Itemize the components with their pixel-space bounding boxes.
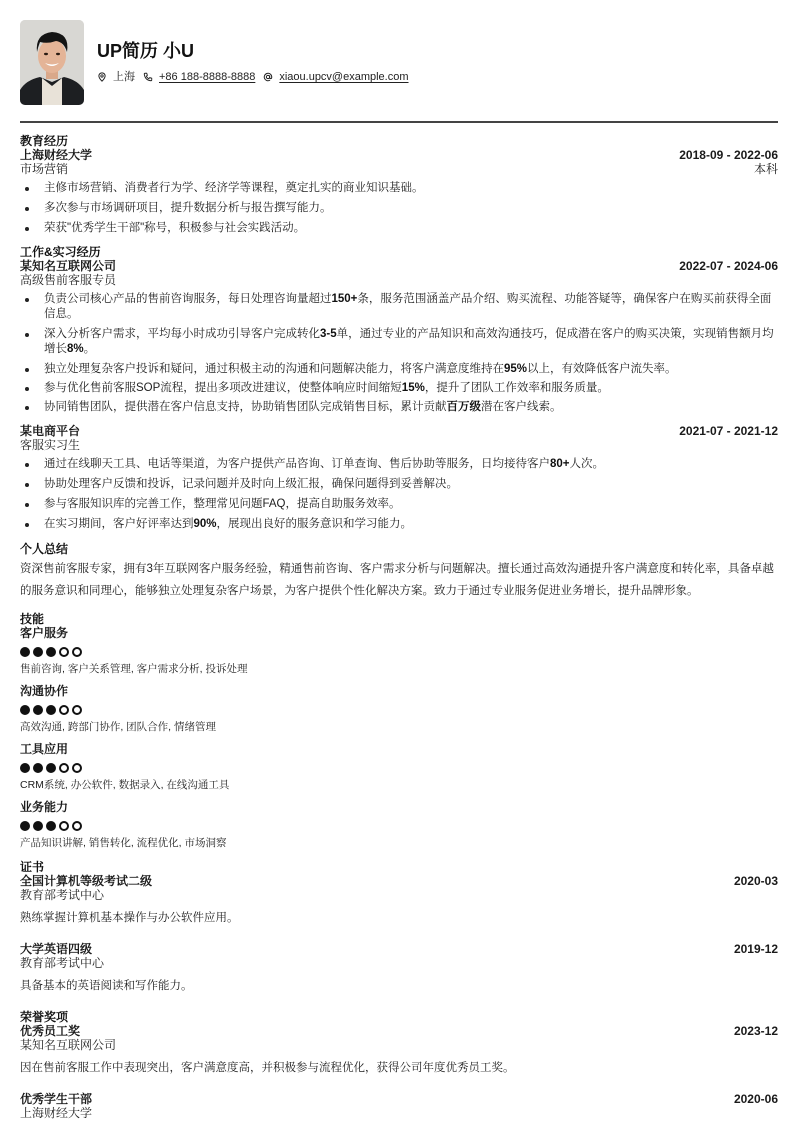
- section-awards: 荣誉奖项 优秀员工奖 2023-12 某知名互联网公司 因在售前客服工作中表现突…: [20, 1010, 778, 1121]
- skill-name: 工具应用: [20, 742, 778, 757]
- list-item: 参与客服知识库的完善工作，整理常见问题FAQ，提高自助服务效率。: [20, 497, 778, 512]
- rating-dot-filled: [46, 647, 56, 657]
- rating-dot-empty: [72, 705, 82, 715]
- contact-location: 上海: [97, 70, 135, 84]
- award-date: 2020-06: [734, 1092, 778, 1106]
- award-name: 优秀员工奖: [20, 1024, 80, 1038]
- job-role: 客服实习生: [20, 438, 778, 453]
- rating-dot-filled: [33, 647, 43, 657]
- header-divider: [20, 121, 778, 123]
- section-title: 荣誉奖项: [20, 1010, 778, 1024]
- school-name: 上海财经大学: [20, 148, 92, 162]
- skill-name: 沟通协作: [20, 684, 778, 699]
- skill-rating: [20, 646, 778, 658]
- skill-keywords: 产品知识讲解, 销售转化, 流程优化, 市场洞察: [20, 836, 778, 850]
- section-title: 教育经历: [20, 134, 778, 148]
- section-title: 个人总结: [20, 542, 778, 556]
- rating-dot-filled: [20, 821, 30, 831]
- list-item: 主修市场营销、消费者行为学、经济学等课程，奠定扎实的商业知识基础。: [20, 181, 778, 196]
- skill-keywords: CRM系统, 办公软件, 数据录入, 在线沟通工具: [20, 778, 778, 792]
- skill-rating: [20, 704, 778, 716]
- section-education: 教育经历 上海财经大学 2018-09 - 2022-06 市场营销 本科 主修…: [20, 134, 778, 236]
- work-item: 某电商平台 2021-07 - 2021-12 客服实习生 通过在线聊天工具、电…: [20, 424, 778, 532]
- map-pin-icon: [97, 72, 107, 82]
- rating-dot-empty: [59, 647, 69, 657]
- certificate-item: 大学英语四级 2019-12 教育部考试中心 具备基本的英语阅读和写作能力。: [20, 942, 778, 994]
- skill-keywords: 高效沟通, 跨部门协作, 团队合作, 情绪管理: [20, 720, 778, 734]
- avatar-illustration: [20, 20, 84, 105]
- work-bullets: 通过在线聊天工具、电话等渠道，为客户提供产品咨询、订单查询、售后协助等服务，日均…: [20, 457, 778, 532]
- work-item: 某知名互联网公司 2022-07 - 2024-06 高级售前客服专员 负责公司…: [20, 259, 778, 415]
- award-item: 优秀学生干部 2020-06 上海财经大学: [20, 1092, 778, 1121]
- degree: 本科: [754, 162, 778, 177]
- section-title: 工作&实习经历: [20, 245, 778, 259]
- company-name: 某电商平台: [20, 424, 80, 438]
- certificate-date: 2020-03: [734, 874, 778, 888]
- candidate-name: UP简历 小U: [97, 38, 417, 64]
- rating-dot-empty: [72, 647, 82, 657]
- certificate-issuer: 教育部考试中心: [20, 888, 778, 903]
- rating-dot-filled: [33, 763, 43, 773]
- skill-rating: [20, 820, 778, 832]
- list-item: 通过在线聊天工具、电话等渠道，为客户提供产品咨询、订单查询、售后协助等服务，日均…: [20, 457, 778, 472]
- list-item: 深入分析客户需求，平均每小时成功引导客户完成转化3-5单，通过专业的产品知识和高…: [20, 327, 778, 357]
- list-item: 多次参与市场调研项目，提升数据分析与报告撰写能力。: [20, 201, 778, 216]
- list-item: 荣获"优秀学生干部"称号，积极参与社会实践活动。: [20, 221, 778, 236]
- rating-dot-empty: [72, 821, 82, 831]
- skill-item: 沟通协作 高效沟通, 跨部门协作, 团队合作, 情绪管理: [20, 684, 778, 734]
- rating-dot-filled: [20, 647, 30, 657]
- rating-dot-filled: [33, 705, 43, 715]
- section-work: 工作&实习经历 某知名互联网公司 2022-07 - 2024-06 高级售前客…: [20, 245, 778, 532]
- rating-dot-empty: [59, 763, 69, 773]
- education-item: 上海财经大学 2018-09 - 2022-06 市场营销 本科 主修市场营销、…: [20, 148, 778, 236]
- phone-link[interactable]: +86 188-8888-8888: [159, 70, 255, 84]
- location-text: 上海: [113, 70, 135, 84]
- certificate-desc: 熟练掌握计算机基本操作与办公软件应用。: [20, 911, 778, 926]
- email-link[interactable]: xiaou.upcv@example.com: [279, 70, 408, 84]
- contact-line: 上海 +86 188-8888-8888 xiaou.upcv@example.…: [97, 70, 417, 84]
- rating-dot-filled: [46, 705, 56, 715]
- section-skills: 技能 客户服务 售前咨询, 客户关系管理, 客户需求分析, 投诉处理 沟通协作 …: [20, 612, 778, 850]
- list-item: 在实习期间，客户好评率达到90%，展现出良好的服务意识和学习能力。: [20, 517, 778, 532]
- list-item: 负责公司核心产品的售前咨询服务，每日处理咨询量超过150+条，服务范围涵盖产品介…: [20, 292, 778, 322]
- skill-item: 工具应用 CRM系统, 办公软件, 数据录入, 在线沟通工具: [20, 742, 778, 792]
- award-name: 优秀学生干部: [20, 1092, 92, 1106]
- skill-name: 客户服务: [20, 626, 778, 641]
- rating-dot-filled: [46, 821, 56, 831]
- rating-dot-filled: [20, 763, 30, 773]
- skills-list: 客户服务 售前咨询, 客户关系管理, 客户需求分析, 投诉处理 沟通协作 高效沟…: [20, 626, 778, 850]
- at-sign-icon: [263, 72, 273, 82]
- work-date: 2021-07 - 2021-12: [679, 424, 778, 438]
- education-bullets: 主修市场营销、消费者行为学、经济学等课程，奠定扎实的商业知识基础。 多次参与市场…: [20, 181, 778, 236]
- header-info: UP简历 小U 上海 +86 188-8888-8888: [97, 20, 417, 84]
- skill-item: 业务能力 产品知识讲解, 销售转化, 流程优化, 市场洞察: [20, 800, 778, 850]
- contact-phone: +86 188-8888-8888: [143, 70, 255, 84]
- list-item: 协同销售团队，提供潜在客户信息支持，协助销售团队完成销售目标，累计贡献百万级潜在…: [20, 400, 778, 415]
- rating-dot-filled: [46, 763, 56, 773]
- profile-photo: [20, 20, 84, 105]
- award-issuer: 上海财经大学: [20, 1106, 778, 1121]
- certificate-desc: 具备基本的英语阅读和写作能力。: [20, 979, 778, 994]
- award-desc: 因在售前客服工作中表现突出，客户满意度高，并积极参与流程优化，获得公司年度优秀员…: [20, 1061, 778, 1076]
- summary-text: 资深售前客服专家，拥有3年互联网客户服务经验，精通售前咨询、客户需求分析与问题解…: [20, 558, 778, 602]
- job-role: 高级售前客服专员: [20, 273, 778, 288]
- skill-name: 业务能力: [20, 800, 778, 815]
- section-title: 证书: [20, 860, 778, 874]
- list-item: 参与优化售前客服SOP流程，提出多项改进建议，使整体响应时间缩短15%，提升了团…: [20, 381, 778, 396]
- resume-page: UP简历 小U 上海 +86 188-8888-8888: [20, 20, 778, 1130]
- certificate-name: 全国计算机等级考试二级: [20, 874, 152, 888]
- certificate-name: 大学英语四级: [20, 942, 92, 956]
- company-name: 某知名互联网公司: [20, 259, 116, 273]
- award-date: 2023-12: [734, 1024, 778, 1038]
- certificate-issuer: 教育部考试中心: [20, 956, 778, 971]
- skill-keywords: 售前咨询, 客户关系管理, 客户需求分析, 投诉处理: [20, 662, 778, 676]
- award-item: 优秀员工奖 2023-12 某知名互联网公司 因在售前客服工作中表现突出，客户满…: [20, 1024, 778, 1076]
- rating-dot-empty: [59, 821, 69, 831]
- work-bullets: 负责公司核心产品的售前咨询服务，每日处理咨询量超过150+条，服务范围涵盖产品介…: [20, 292, 778, 415]
- award-issuer: 某知名互联网公司: [20, 1038, 778, 1053]
- skill-item: 客户服务 售前咨询, 客户关系管理, 客户需求分析, 投诉处理: [20, 626, 778, 676]
- certificate-item: 全国计算机等级考试二级 2020-03 教育部考试中心 熟练掌握计算机基本操作与…: [20, 874, 778, 926]
- phone-icon: [143, 72, 153, 82]
- rating-dot-empty: [72, 763, 82, 773]
- skill-rating: [20, 762, 778, 774]
- list-item: 协助处理客户反馈和投诉，记录问题并及时向上级汇报，确保问题得到妥善解决。: [20, 477, 778, 492]
- rating-dot-filled: [20, 705, 30, 715]
- section-summary: 个人总结 资深售前客服专家，拥有3年互联网客户服务经验，精通售前咨询、客户需求分…: [20, 542, 778, 602]
- contact-email: xiaou.upcv@example.com: [263, 70, 408, 84]
- rating-dot-empty: [59, 705, 69, 715]
- education-date: 2018-09 - 2022-06: [679, 148, 778, 162]
- section-title: 技能: [20, 612, 778, 626]
- section-certificates: 证书 全国计算机等级考试二级 2020-03 教育部考试中心 熟练掌握计算机基本…: [20, 860, 778, 994]
- certificate-date: 2019-12: [734, 942, 778, 956]
- work-date: 2022-07 - 2024-06: [679, 259, 778, 273]
- list-item: 独立处理复杂客户投诉和疑问，通过积极主动的沟通和问题解决能力，将客户满意度维持在…: [20, 362, 778, 377]
- resume-header: UP简历 小U 上海 +86 188-8888-8888: [20, 20, 778, 106]
- major: 市场营销: [20, 162, 68, 177]
- rating-dot-filled: [33, 821, 43, 831]
